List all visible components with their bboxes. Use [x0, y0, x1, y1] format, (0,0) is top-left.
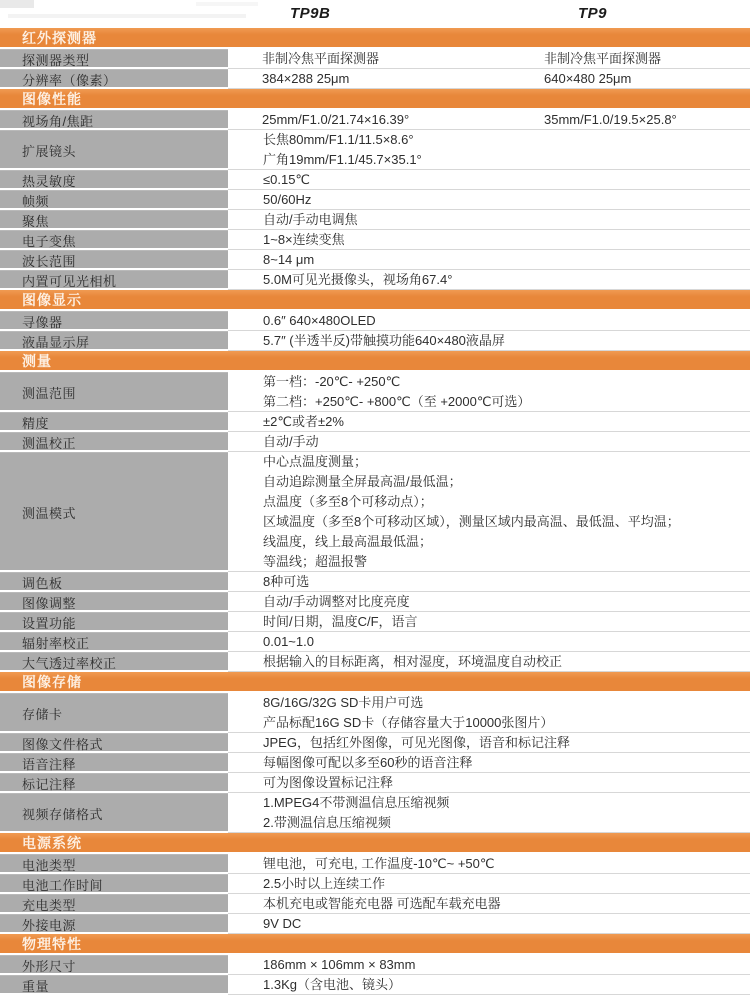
spec-row: 精度±2℃或者±2%	[0, 412, 750, 432]
spec-value-line: 50/60Hz	[263, 190, 311, 210]
spec-row: 图像调整自动/手动调整对比度亮度	[0, 592, 750, 612]
spec-label: 充电类型	[0, 894, 228, 914]
spec-row: 液晶显示屏5.7″ (半透半反)带触摸功能640×480液晶屏	[0, 331, 750, 351]
spec-value-line: 1.3Kg（含电池、镜头）	[263, 975, 401, 995]
spec-value: 0.6″ 640×480OLED	[228, 311, 376, 331]
spec-row: 外形尺寸186mm × 106mm × 83mm	[0, 955, 750, 975]
spec-value-line: 8~14 μm	[263, 250, 314, 270]
spec-value-line: 自动/手动电调焦	[263, 210, 358, 230]
section-title: 图像性能	[22, 89, 82, 109]
spec-label: 重量	[0, 975, 228, 995]
spec-values: 0.01~1.0	[228, 632, 750, 652]
spec-value-tp9: 640×480 25μm	[510, 69, 750, 89]
spec-label: 调色板	[0, 572, 228, 592]
spec-table: 红外探测器探测器类型非制冷焦平面探测器非制冷焦平面探测器分辨率（像素）384×2…	[0, 28, 750, 995]
spec-value-line: 第二档：+250℃- +800℃（至 +2000℃可选）	[263, 392, 530, 412]
spec-values: ≤0.15℃	[228, 170, 750, 190]
section-header-4: 图像存储	[0, 672, 750, 691]
spec-row: 内置可见光相机5.0M可见光摄像头，视场角67.4°	[0, 270, 750, 290]
spec-value: 每幅图像可配以多至60秒的语音注释	[228, 753, 472, 773]
spec-row: 辐射率校正0.01~1.0	[0, 632, 750, 652]
spec-value-tp9: 非制冷焦平面探测器	[510, 49, 750, 69]
spec-value-line: 186mm × 106mm × 83mm	[263, 955, 415, 975]
spec-label: 探测器类型	[0, 49, 228, 69]
spec-label: 外形尺寸	[0, 955, 228, 975]
spec-label: 语音注释	[0, 753, 228, 773]
spec-row: 标记注释可为图像设置标记注释	[0, 773, 750, 793]
spec-value: 8G/16G/32G SD卡用户可选产品标配16G SD卡（存储容量大于1000…	[228, 693, 553, 733]
spec-value-line: 2.5小时以上连续工作	[263, 874, 385, 894]
spec-value: 8~14 μm	[228, 250, 314, 270]
spec-row: 聚焦自动/手动电调焦	[0, 210, 750, 230]
spec-value-line: 自动追踪测量全屏最高温/最低温；	[263, 472, 680, 492]
spec-row: 探测器类型非制冷焦平面探测器非制冷焦平面探测器	[0, 49, 750, 69]
spec-label: 电子变焦	[0, 230, 228, 250]
spec-value-line: 本机充电或智能充电器 可选配车载充电器	[263, 894, 501, 914]
spec-row: 寻像器0.6″ 640×480OLED	[0, 311, 750, 331]
spec-value: 长焦80mm/F1.1/11.5×8.6°广角19mm/F1.1/45.7×35…	[228, 130, 422, 170]
spec-value-line: 第一档：-20℃- +250℃	[263, 372, 530, 392]
spec-label: 精度	[0, 412, 228, 432]
spec-sheet-page: TP9B TP9 红外探测器探测器类型非制冷焦平面探测器非制冷焦平面探测器分辨率…	[0, 0, 750, 1000]
spec-value-line: 1~8×连续变焦	[263, 230, 345, 250]
spec-values: 8种可选	[228, 572, 750, 592]
spec-label: 帧频	[0, 190, 228, 210]
spec-value: 本机充电或智能充电器 可选配车载充电器	[228, 894, 501, 914]
spec-value: 0.01~1.0	[228, 632, 314, 652]
spec-value: 第一档：-20℃- +250℃第二档：+250℃- +800℃（至 +2000℃…	[228, 372, 530, 412]
spec-row: 测温校正自动/手动	[0, 432, 750, 452]
spec-value-tp9b: 25mm/F1.0/21.74×16.39°	[228, 110, 510, 130]
spec-row: 波长范围8~14 μm	[0, 250, 750, 270]
spec-label: 寻像器	[0, 311, 228, 331]
spec-row: 电池类型锂电池，可充电, 工作温度-10℃~ +50℃	[0, 854, 750, 874]
spec-values: 时间/日期，温度C/F，语言	[228, 612, 750, 632]
spec-value-tp9b: 384×288 25μm	[228, 69, 510, 89]
section-title: 图像显示	[22, 290, 82, 310]
spec-row: 视场角/焦距25mm/F1.0/21.74×16.39°35mm/F1.0/19…	[0, 110, 750, 130]
spec-values: 8G/16G/32G SD卡用户可选产品标配16G SD卡（存储容量大于1000…	[228, 693, 750, 733]
section-title: 红外探测器	[22, 28, 97, 48]
spec-value: 可为图像设置标记注释	[228, 773, 393, 793]
spec-row: 调色板8种可选	[0, 572, 750, 592]
spec-value: JPEG，包括红外图像，可见光图像，语音和标记注释	[228, 733, 570, 753]
spec-label: 电池类型	[0, 854, 228, 874]
spec-label: 标记注释	[0, 773, 228, 793]
spec-value-line: 长焦80mm/F1.1/11.5×8.6°	[263, 130, 422, 150]
spec-value: 9V DC	[228, 914, 301, 934]
spec-value-line: 时间/日期，温度C/F，语言	[263, 612, 418, 632]
model-name-tp9: TP9	[578, 5, 607, 22]
spec-label: 图像调整	[0, 592, 228, 612]
spec-value-line: 广角19mm/F1.1/45.7×35.1°	[263, 150, 422, 170]
spec-value: 中心点温度测量；自动追踪测量全屏最高温/最低温；点温度（多至8个可移动点）；区域…	[228, 452, 680, 572]
model-name-tp9b: TP9B	[290, 5, 330, 22]
spec-values: 9V DC	[228, 914, 750, 934]
spec-values: 1.3Kg（含电池、镜头）	[228, 975, 750, 995]
spec-values: 1.MPEG4不带测温信息压缩视频2.带测温信息压缩视频	[228, 793, 750, 833]
spec-value-line: 1.MPEG4不带测温信息压缩视频	[263, 793, 449, 813]
spec-value: 时间/日期，温度C/F，语言	[228, 612, 418, 632]
spec-value-tp9b: 非制冷焦平面探测器	[228, 49, 510, 69]
spec-values: JPEG，包括红外图像，可见光图像，语音和标记注释	[228, 733, 750, 753]
spec-row: 大气透过率校正根据输入的目标距离，相对湿度，环境温度自动校正	[0, 652, 750, 672]
spec-label: 扩展镜头	[0, 130, 228, 170]
spec-value: 8种可选	[228, 572, 309, 592]
spec-value-line: 5.7″ (半透半反)带触摸功能640×480液晶屏	[263, 331, 505, 351]
spec-values: 第一档：-20℃- +250℃第二档：+250℃- +800℃（至 +2000℃…	[228, 372, 750, 412]
spec-value-line: 线温度，线上最高温最低温；	[263, 532, 680, 552]
spec-row: 存储卡8G/16G/32G SD卡用户可选产品标配16G SD卡（存储容量大于1…	[0, 693, 750, 733]
section-title: 图像存储	[22, 672, 82, 692]
spec-values: 384×288 25μm640×480 25μm	[228, 69, 750, 89]
spec-label: 电池工作时间	[0, 874, 228, 894]
spec-value-line: 8G/16G/32G SD卡用户可选	[263, 693, 553, 713]
spec-value-line: 每幅图像可配以多至60秒的语音注释	[263, 753, 472, 773]
spec-values: 5.7″ (半透半反)带触摸功能640×480液晶屏	[228, 331, 750, 351]
spec-label: 分辨率（像素）	[0, 69, 228, 89]
spec-values: 2.5小时以上连续工作	[228, 874, 750, 894]
spec-value: 1~8×连续变焦	[228, 230, 345, 250]
spec-value: 自动/手动电调焦	[228, 210, 358, 230]
spec-values: 1~8×连续变焦	[228, 230, 750, 250]
spec-label: 波长范围	[0, 250, 228, 270]
spec-value-line: 锂电池，可充电, 工作温度-10℃~ +50℃	[263, 854, 494, 874]
spec-value: 锂电池，可充电, 工作温度-10℃~ +50℃	[228, 854, 494, 874]
section-title: 物理特性	[22, 934, 82, 954]
spec-row: 扩展镜头长焦80mm/F1.1/11.5×8.6°广角19mm/F1.1/45.…	[0, 130, 750, 170]
spec-label: 辐射率校正	[0, 632, 228, 652]
spec-values: 自动/手动电调焦	[228, 210, 750, 230]
spec-values: 每幅图像可配以多至60秒的语音注释	[228, 753, 750, 773]
spec-value-line: 0.6″ 640×480OLED	[263, 311, 376, 331]
spec-row: 测温模式中心点温度测量；自动追踪测量全屏最高温/最低温；点温度（多至8个可移动点…	[0, 452, 750, 572]
spec-values: 25mm/F1.0/21.74×16.39°35mm/F1.0/19.5×25.…	[228, 110, 750, 130]
section-header-6: 物理特性	[0, 934, 750, 953]
spec-value: 5.0M可见光摄像头，视场角67.4°	[228, 270, 452, 290]
spec-value: 根据输入的目标距离，相对湿度，环境温度自动校正	[228, 652, 562, 672]
spec-label: 测温模式	[0, 452, 228, 572]
spec-value-tp9: 35mm/F1.0/19.5×25.8°	[510, 110, 750, 130]
spec-value-line: 区域温度（多至8个可移动区域），测量区域内最高温、最低温、平均温；	[263, 512, 680, 532]
spec-value-line: ±2℃或者±2%	[263, 412, 344, 432]
spec-value-line: 点温度（多至8个可移动点）；	[263, 492, 680, 512]
spec-values: 50/60Hz	[228, 190, 750, 210]
spec-value-line: 自动/手动	[263, 432, 319, 452]
spec-value-line: 中心点温度测量；	[263, 452, 680, 472]
spec-values: 自动/手动调整对比度亮度	[228, 592, 750, 612]
spec-label: 热灵敏度	[0, 170, 228, 190]
spec-value: 186mm × 106mm × 83mm	[228, 955, 415, 975]
spec-row: 图像文件格式JPEG，包括红外图像，可见光图像，语音和标记注释	[0, 733, 750, 753]
spec-value-line: 5.0M可见光摄像头，视场角67.4°	[263, 270, 452, 290]
spec-value-line: 2.带测温信息压缩视频	[263, 813, 449, 833]
spec-label: 视场角/焦距	[0, 110, 228, 130]
spec-values: 本机充电或智能充电器 可选配车载充电器	[228, 894, 750, 914]
spec-value: 1.3Kg（含电池、镜头）	[228, 975, 401, 995]
spec-values: 锂电池，可充电, 工作温度-10℃~ +50℃	[228, 854, 750, 874]
spec-values: ±2℃或者±2%	[228, 412, 750, 432]
spec-values: 自动/手动	[228, 432, 750, 452]
spec-row: 热灵敏度≤0.15℃	[0, 170, 750, 190]
spec-row: 视频存储格式1.MPEG4不带测温信息压缩视频2.带测温信息压缩视频	[0, 793, 750, 833]
spec-row: 电池工作时间2.5小时以上连续工作	[0, 874, 750, 894]
spec-value-line: ≤0.15℃	[263, 170, 310, 190]
spec-row: 重量1.3Kg（含电池、镜头）	[0, 975, 750, 995]
spec-value-line: 可为图像设置标记注释	[263, 773, 393, 793]
spec-values: 可为图像设置标记注释	[228, 773, 750, 793]
spec-value: 自动/手动	[228, 432, 319, 452]
spec-row: 分辨率（像素）384×288 25μm640×480 25μm	[0, 69, 750, 89]
spec-value: 1.MPEG4不带测温信息压缩视频2.带测温信息压缩视频	[228, 793, 449, 833]
spec-label: 聚焦	[0, 210, 228, 230]
spec-values: 非制冷焦平面探测器非制冷焦平面探测器	[228, 49, 750, 69]
spec-value-line: 等温线；超温报警	[263, 552, 680, 572]
spec-value-line: JPEG，包括红外图像，可见光图像，语音和标记注释	[263, 733, 570, 753]
section-header-5: 电源系统	[0, 833, 750, 852]
section-header-0: 红外探测器	[0, 28, 750, 47]
section-header-2: 图像显示	[0, 290, 750, 309]
section-title: 测量	[22, 351, 52, 371]
spec-label: 大气透过率校正	[0, 652, 228, 672]
spec-values: 长焦80mm/F1.1/11.5×8.6°广角19mm/F1.1/45.7×35…	[228, 130, 750, 170]
spec-values: 8~14 μm	[228, 250, 750, 270]
spec-row: 语音注释每幅图像可配以多至60秒的语音注释	[0, 753, 750, 773]
spec-label: 液晶显示屏	[0, 331, 228, 351]
spec-value-line: 根据输入的目标距离，相对湿度，环境温度自动校正	[263, 652, 562, 672]
section-header-3: 测量	[0, 351, 750, 370]
spec-value-line: 产品标配16G SD卡（存储容量大于10000张图片）	[263, 713, 553, 733]
spec-values: 中心点温度测量；自动追踪测量全屏最高温/最低温；点温度（多至8个可移动点）；区域…	[228, 452, 750, 572]
spec-value: 50/60Hz	[228, 190, 311, 210]
spec-row: 电子变焦1~8×连续变焦	[0, 230, 750, 250]
spec-value-line: 自动/手动调整对比度亮度	[263, 592, 410, 612]
model-header-row: TP9B TP9	[0, 0, 750, 28]
spec-label: 设置功能	[0, 612, 228, 632]
spec-values: 5.0M可见光摄像头，视场角67.4°	[228, 270, 750, 290]
spec-values: 0.6″ 640×480OLED	[228, 311, 750, 331]
spec-row: 充电类型本机充电或智能充电器 可选配车载充电器	[0, 894, 750, 914]
spec-values: 根据输入的目标距离，相对湿度，环境温度自动校正	[228, 652, 750, 672]
spec-value-line: 0.01~1.0	[263, 632, 314, 652]
spec-label: 存储卡	[0, 693, 228, 733]
spec-row: 帧频50/60Hz	[0, 190, 750, 210]
spec-value: 自动/手动调整对比度亮度	[228, 592, 410, 612]
spec-label: 测温范围	[0, 372, 228, 412]
spec-values: 186mm × 106mm × 83mm	[228, 955, 750, 975]
spec-label: 图像文件格式	[0, 733, 228, 753]
spec-label: 视频存储格式	[0, 793, 228, 833]
spec-label: 外接电源	[0, 914, 228, 934]
spec-value: ±2℃或者±2%	[228, 412, 344, 432]
spec-row: 测温范围第一档：-20℃- +250℃第二档：+250℃- +800℃（至 +2…	[0, 372, 750, 412]
section-header-1: 图像性能	[0, 89, 750, 108]
spec-label: 测温校正	[0, 432, 228, 452]
spec-value-line: 9V DC	[263, 914, 301, 934]
section-title: 电源系统	[22, 833, 82, 853]
spec-value: ≤0.15℃	[228, 170, 310, 190]
spec-label: 内置可见光相机	[0, 270, 228, 290]
spec-row: 外接电源9V DC	[0, 914, 750, 934]
spec-row: 设置功能时间/日期，温度C/F，语言	[0, 612, 750, 632]
spec-value-line: 8种可选	[263, 572, 309, 592]
spec-value: 2.5小时以上连续工作	[228, 874, 385, 894]
spec-value: 5.7″ (半透半反)带触摸功能640×480液晶屏	[228, 331, 505, 351]
